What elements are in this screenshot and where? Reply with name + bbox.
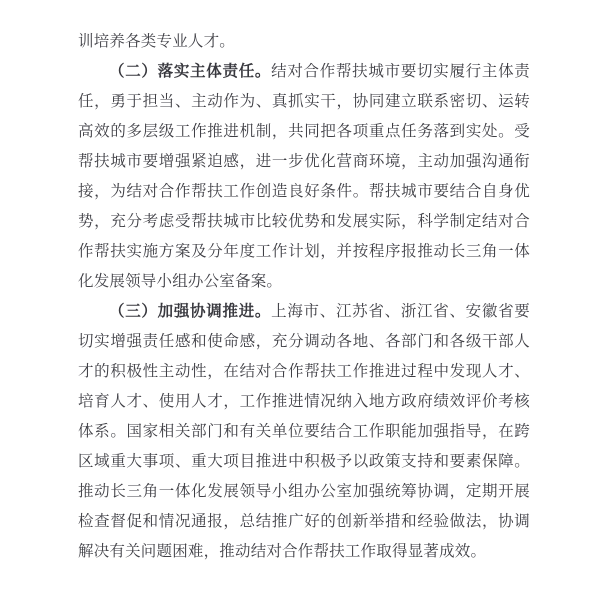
paragraph-section-3: （三）加强协调推进。上海市、江苏省、浙江省、安徽省要切实增强责任感和使命感，充分… <box>78 297 530 567</box>
section-2-heading: （二）落实主体责任。 <box>109 63 271 80</box>
section-3-heading: （三）加强协调推进。 <box>109 303 271 320</box>
paragraph-continuation-text: 训培养各类专业人才。 <box>78 33 235 50</box>
paragraph-section-2: （二）落实主体责任。结对合作帮扶城市要切实履行主体责任，勇于担当、主动作为、真抓… <box>78 57 530 297</box>
section-3-body-text: 上海市、江苏省、浙江省、安徽省要切实增强责任感和使命感，充分调动各地、各部门和各… <box>78 303 530 560</box>
document-page: 训培养各类专业人才。 （二）落实主体责任。结对合作帮扶城市要切实履行主体责任，勇… <box>0 0 600 603</box>
document-text-block: 训培养各类专业人才。 （二）落实主体责任。结对合作帮扶城市要切实履行主体责任，勇… <box>78 27 530 567</box>
section-2-body-text: 结对合作帮扶城市要切实履行主体责任，勇于担当、主动作为、真抓实干，协同建立联系密… <box>78 63 530 290</box>
paragraph-continuation: 训培养各类专业人才。 <box>78 27 530 57</box>
